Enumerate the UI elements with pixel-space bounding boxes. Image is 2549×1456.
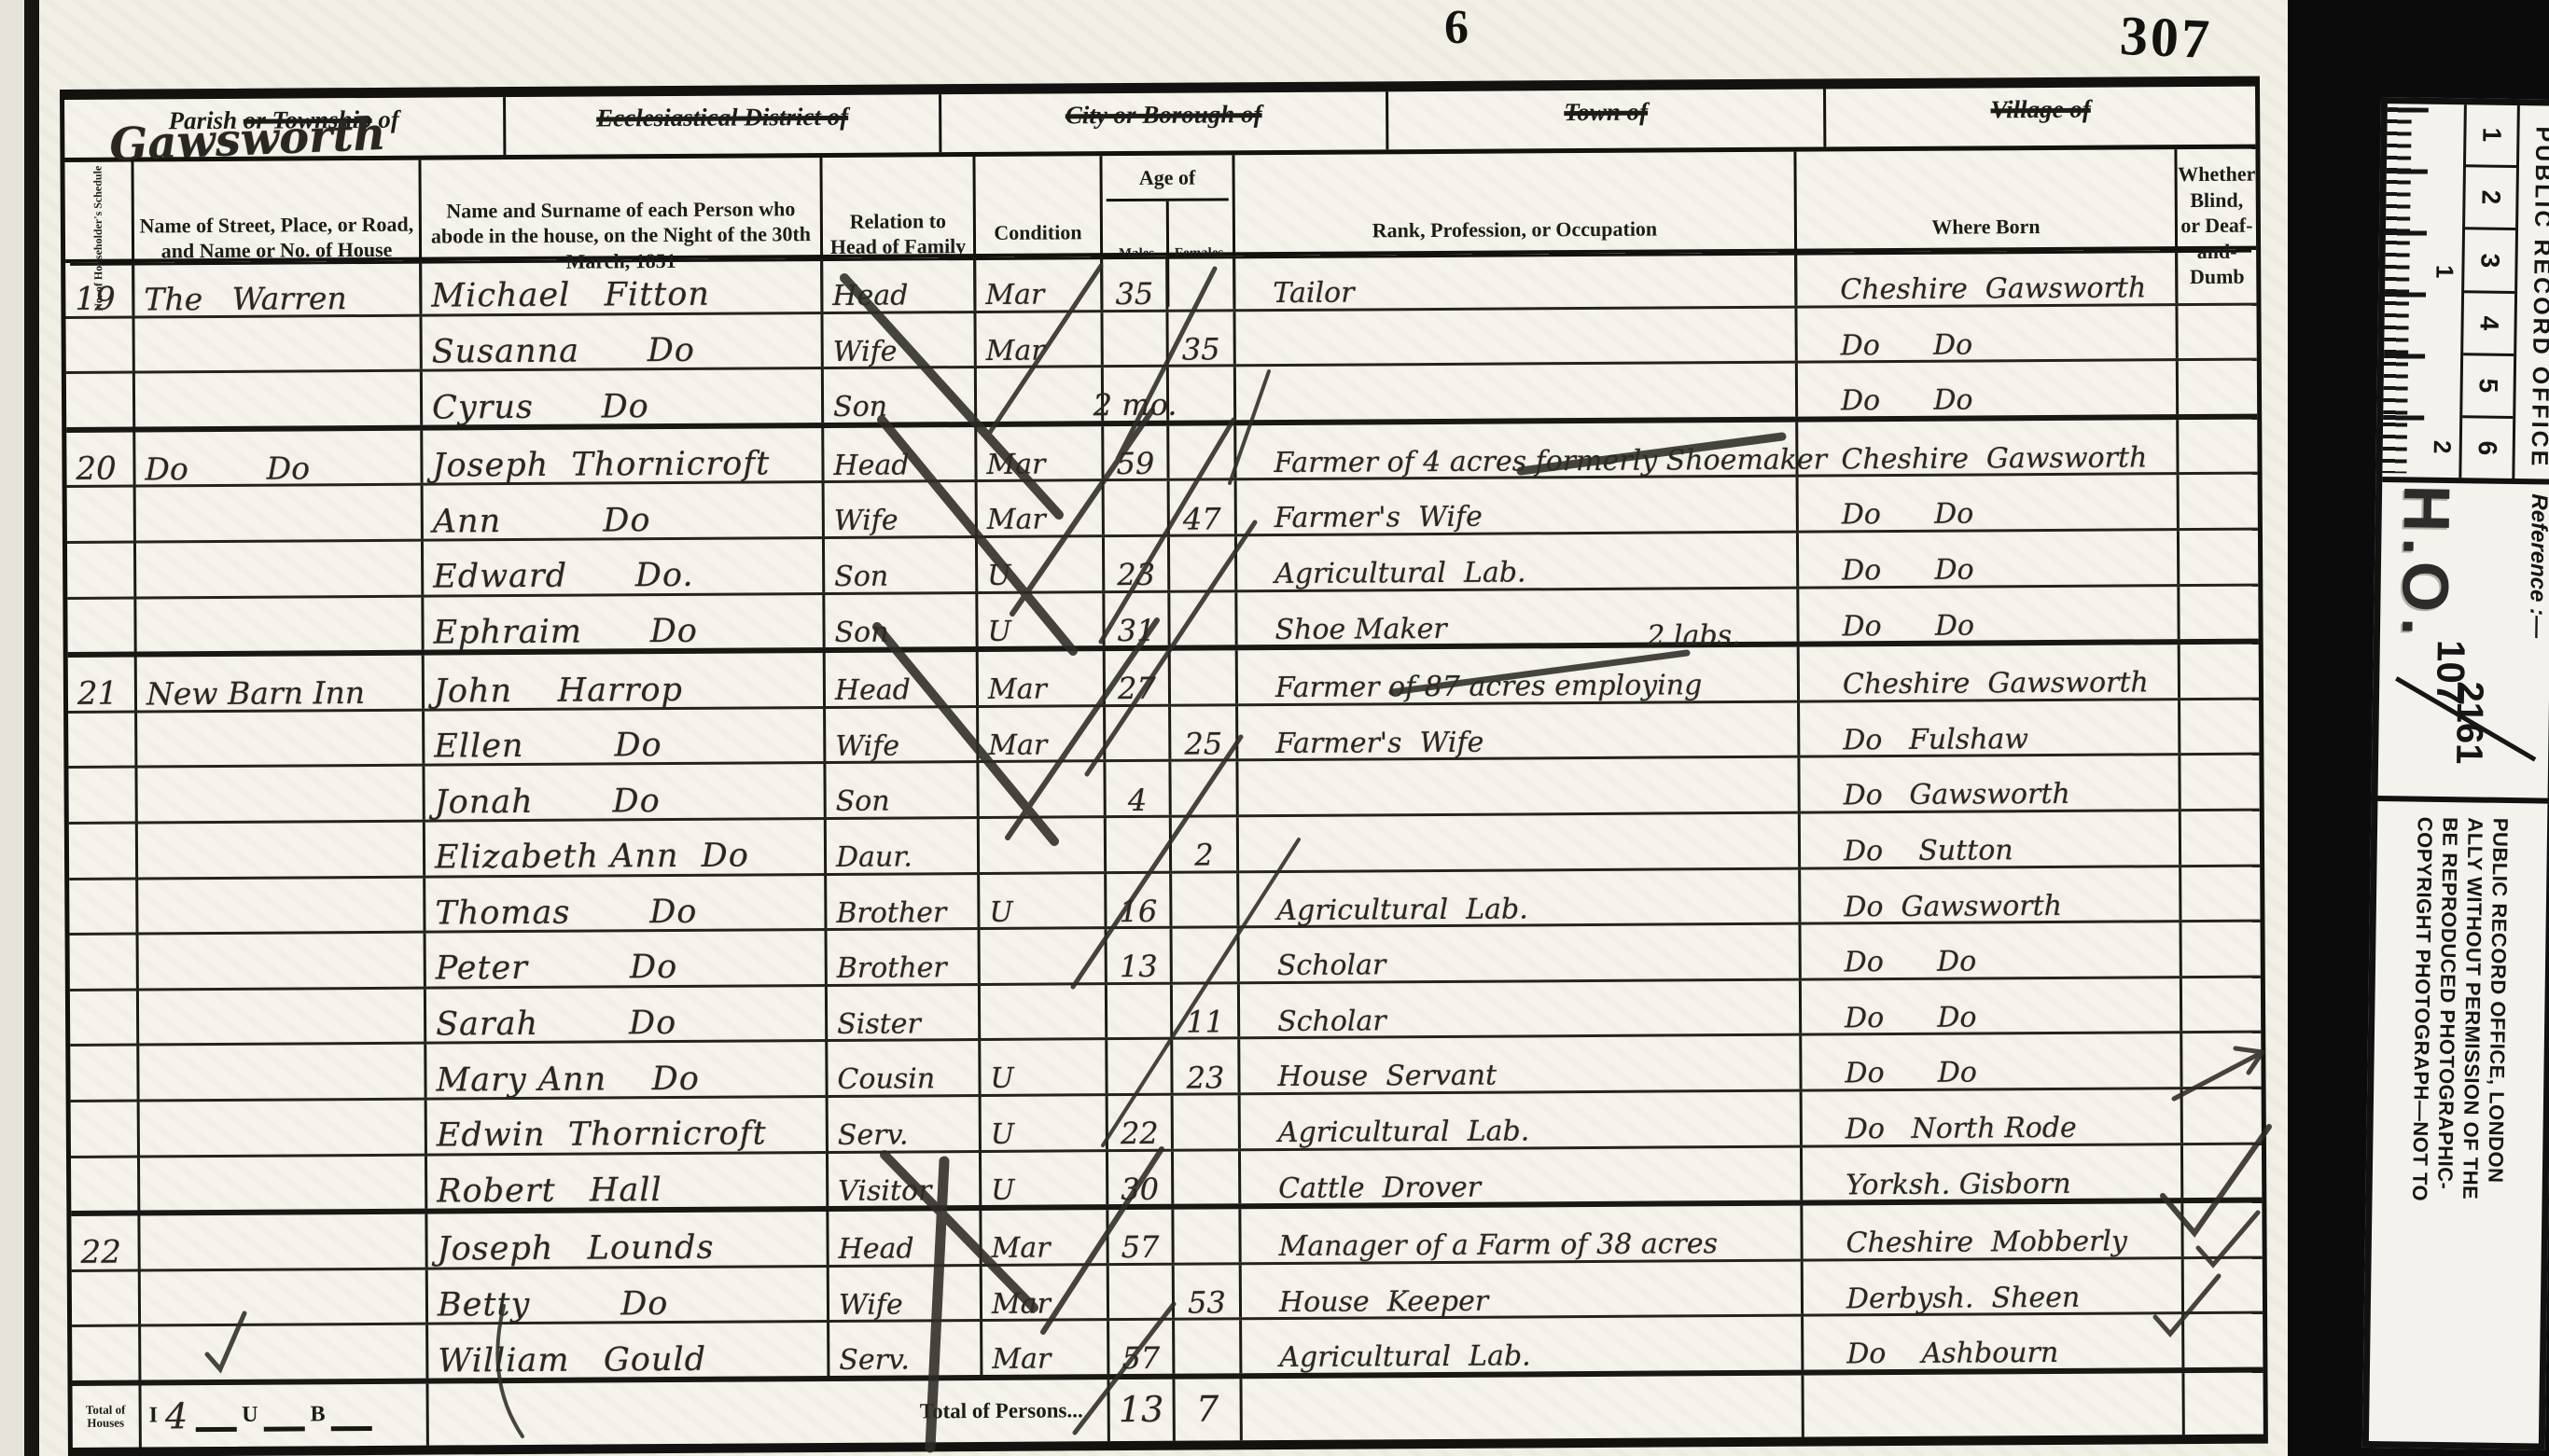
where-born-cell: Do Do — [1802, 978, 2182, 1033]
where-born-cell: Yorksh. Gisborn — [1803, 1145, 2183, 1200]
column-header-row: No. of Householder's Schedule Name of St… — [64, 149, 2256, 263]
schedule-number-cell — [67, 488, 136, 541]
age-female-cell: 53 — [1175, 1265, 1242, 1318]
age-male-cell — [1107, 984, 1173, 1037]
condition-cell: Mar — [977, 426, 1104, 479]
occupation-cell: Agricultural Lab. — [1237, 534, 1799, 589]
person-name-cell: Ellen Do — [425, 709, 826, 764]
condition-cell — [981, 985, 1107, 1038]
where-born-cell: Do Fulshaw — [1800, 700, 2180, 756]
ruler-number: 5 — [2462, 355, 2514, 419]
where-born-cell: Do Sutton — [1801, 811, 2181, 867]
street-cell: Do Do — [135, 430, 423, 484]
person-name-cell: John Harrop — [425, 653, 826, 708]
condition-cell: Mar — [976, 257, 1103, 310]
person-name-cell: Michael Fitton — [422, 258, 823, 313]
relation-cell: Head — [829, 1211, 982, 1265]
census-scan-page: 6 307 Parish or Township of Gawsworth Ec… — [0, 0, 2549, 1456]
occupation-cell: Manager of a Farm of 38 acres — [1241, 1206, 1803, 1262]
street-cell — [134, 316, 422, 370]
schedule-number-cell — [66, 318, 135, 371]
relation-cell: Head — [823, 257, 976, 312]
street-cell: New Barn Inn — [137, 656, 425, 710]
relation-cell: Visitor — [829, 1152, 982, 1206]
relation-cell: Wife — [825, 482, 978, 536]
schedule-number-cell — [72, 1327, 141, 1380]
street-cell — [139, 1045, 426, 1099]
condition-cell: Mar — [979, 651, 1106, 704]
totals-row: Total of Houses I 4 U B Total of Persons… — [72, 1372, 2263, 1447]
person-name-cell: Edwin Thornicroft — [427, 1098, 829, 1153]
occupation-cell — [1238, 758, 1800, 814]
blind-deaf-cell — [2182, 978, 2261, 1031]
condition-cell: Mar — [979, 707, 1106, 760]
blind-deaf-cell — [2182, 1033, 2261, 1087]
copyright-line: PUBLIC RECORD OFFICE, LONDON — [2482, 818, 2511, 1415]
condition-cell: U — [982, 1096, 1108, 1149]
person-name-cell: Susanna Do — [422, 314, 823, 369]
street-cell — [139, 934, 426, 988]
age-female-cell — [1170, 592, 1237, 645]
where-born-cell: Derbysh. Sheen — [1804, 1259, 2184, 1314]
schedule-number-cell — [68, 769, 137, 822]
age-female-cell — [1174, 1209, 1241, 1262]
ruler-number: 2 — [2465, 167, 2516, 230]
schedule-number-cell: 19 — [65, 263, 134, 316]
person-name-cell: Peter Do — [426, 931, 828, 986]
ruler: 12 123456 PUBLIC RECORD OFFICE — [2382, 104, 2549, 485]
total-houses-label-cell: Total of Houses — [72, 1385, 141, 1447]
age-female-cell — [1168, 256, 1235, 309]
census-rows: 19 The Warren Michael Fitton Head Mar 35… — [65, 250, 2263, 1386]
person-name-cell: Joseph Thornicroft — [423, 428, 824, 483]
ruler-number: 4 — [2463, 293, 2514, 356]
person-name-cell: Joseph Lounds — [427, 1212, 829, 1267]
condition-cell: U — [978, 593, 1105, 646]
person-name-cell: Sarah Do — [426, 987, 828, 1042]
occupation-cell: Scholar — [1240, 980, 1802, 1036]
relation-cell: Brother — [828, 930, 981, 984]
occupation-cell: Farmer's Wife — [1238, 702, 1800, 758]
age-male-cell — [1109, 1265, 1175, 1318]
person-name-cell: Thomas Do — [425, 876, 827, 931]
folio-number: 307 — [2119, 4, 2214, 72]
relation-cell: Serv. — [829, 1097, 982, 1151]
age-male-cell: 30 — [1108, 1151, 1174, 1204]
street-cell: The Warren — [134, 261, 422, 315]
blind-deaf-cell — [2180, 531, 2258, 584]
age-male-cell: 4 — [1106, 762, 1171, 815]
occupation-cell — [1239, 814, 1801, 870]
age-male-cell: 23 — [1105, 537, 1170, 590]
age-male-cell — [1107, 818, 1172, 871]
schedule-number-cell — [66, 374, 135, 427]
schedule-number-cell: 21 — [68, 658, 137, 711]
ruler-inch-number: 1 — [2430, 265, 2458, 279]
blind-deaf-cell — [2178, 250, 2256, 303]
occupation-cell: Scholar — [1240, 925, 1802, 981]
age-female-cell — [1169, 367, 1236, 420]
ruler-number: 3 — [2464, 230, 2515, 294]
street-cell — [141, 1269, 428, 1324]
book-spine-edge — [24, 0, 39, 1456]
age-male-cell — [1103, 312, 1168, 365]
parish-field: Parish or Township of Gawsworth — [64, 97, 506, 158]
relation-cell: Wife — [829, 1267, 982, 1321]
parish-value-handwritten: Gawsworth — [109, 114, 387, 168]
condition-cell: U — [980, 874, 1107, 927]
schedule-number-cell — [71, 1158, 140, 1211]
where-born-cell: Do Gawsworth — [1801, 867, 2181, 922]
person-name-cell: William Gould — [428, 1323, 829, 1378]
condition-cell: Mar — [982, 1210, 1108, 1263]
office-name: PUBLIC RECORD OFFICE — [2514, 105, 2549, 479]
age-female-cell — [1174, 1095, 1241, 1148]
where-born-cell: Cheshire Gawsworth — [1800, 645, 2180, 700]
schedule-number-cell — [71, 1102, 140, 1155]
street-cell — [136, 542, 424, 596]
age-male-cell: 35 — [1103, 257, 1168, 310]
total-males-cell: 13 — [1109, 1380, 1175, 1441]
age-male-cell: 13 — [1107, 929, 1173, 982]
blind-deaf-cell — [2184, 1258, 2263, 1311]
page-gutter — [0, 0, 24, 1456]
blind-deaf-cell — [2180, 700, 2259, 753]
village-field: Village of — [1826, 87, 2255, 147]
schedule-number-cell — [68, 713, 137, 766]
public-record-office-strip: 12 123456 PUBLIC RECORD OFFICE Reference… — [2362, 97, 2549, 1450]
person-name-cell: Ephraim Do — [424, 595, 825, 650]
age-female-cell — [1169, 425, 1236, 478]
relation-cell: Son — [825, 538, 978, 592]
schedule-number-cell: 20 — [66, 432, 135, 485]
street-cell — [140, 1214, 427, 1269]
blind-deaf-cell — [2180, 475, 2258, 528]
copyright-line: COPYRIGHT PHOTOGRAPH—NOT TO — [2406, 817, 2435, 1414]
age-male-cell: 59 — [1104, 426, 1169, 479]
age-male-cell: 2 mo. — [1104, 367, 1169, 421]
blind-deaf-cell — [2179, 419, 2257, 472]
age-female-cell: 2 — [1172, 817, 1239, 870]
schedule-number-cell — [70, 1047, 139, 1100]
blind-deaf-cell — [2178, 305, 2256, 358]
condition-cell: Mar — [982, 1321, 1109, 1374]
occupation-note: 2 labs. — [1647, 623, 1740, 650]
blind-deaf-cell — [2183, 1203, 2262, 1256]
street-cell — [139, 989, 426, 1043]
relation-cell: Son — [825, 594, 978, 648]
inhabited-count-handwritten: 4 — [165, 1399, 188, 1433]
age-female-cell: 47 — [1170, 481, 1237, 534]
condition-cell — [981, 929, 1107, 982]
condition-cell — [979, 763, 1106, 816]
occupation-cell: Agricultural Lab. — [1242, 1317, 1804, 1373]
age-female-cell: 35 — [1168, 312, 1235, 365]
age-female-cell — [1171, 650, 1238, 703]
person-name-cell: Robert Hall — [427, 1153, 829, 1208]
street-cell — [138, 878, 425, 932]
relation-cell: Sister — [828, 986, 981, 1040]
occupation-cell: Farmer of 87 acres employing2 labs. — [1238, 647, 1800, 703]
relation-cell: Cousin — [828, 1041, 981, 1095]
total-females-cell: 7 — [1175, 1379, 1242, 1440]
age-male-cell: 22 — [1108, 1096, 1174, 1149]
age-male-cell: 31 — [1105, 592, 1170, 645]
condition-cell: U — [982, 1152, 1108, 1205]
relation-cell: Son — [824, 368, 977, 423]
city-borough-field: City or Borough of — [941, 91, 1388, 152]
occupation-cell: Cattle Drover — [1241, 1147, 1803, 1203]
person-name-cell: Mary Ann Do — [426, 1042, 828, 1097]
where-born-cell: Cheshire Gawsworth — [1797, 250, 2178, 305]
schedule-number-cell: 22 — [71, 1216, 140, 1269]
occupation-cell — [1235, 308, 1797, 364]
condition-cell — [977, 367, 1104, 421]
age-female-cell — [1171, 762, 1238, 815]
blind-deaf-cell — [2180, 756, 2259, 809]
age-male-cell — [1106, 706, 1171, 759]
age-female-cell: 11 — [1173, 984, 1240, 1037]
street-cell — [141, 1325, 428, 1380]
where-born-cell: Do Do — [1799, 587, 2180, 642]
age-female-cell — [1173, 928, 1240, 981]
street-cell — [140, 1156, 427, 1210]
where-born-cell: Do Do — [1797, 306, 2178, 361]
uninhabited-label: U — [242, 1403, 258, 1428]
condition-cell: Mar — [982, 1266, 1109, 1319]
person-name-cell: Cyrus Do — [423, 369, 824, 424]
inhabited-label: I — [149, 1404, 159, 1429]
ruler-number: 1 — [2466, 104, 2517, 168]
person-name-cell: Jonah Do — [425, 764, 826, 819]
schedule-number-cell — [69, 880, 138, 933]
person-name-cell: Edward Do. — [424, 539, 825, 594]
schedule-number-cell — [70, 936, 139, 989]
sheet-number: 6 — [1444, 0, 1469, 55]
blind-deaf-cell — [2183, 1089, 2262, 1143]
where-born-cell: Do North Rode — [1803, 1089, 2183, 1144]
blind-deaf-cell — [2183, 1144, 2262, 1198]
where-born-cell: Cheshire Gawsworth — [1798, 420, 2179, 475]
age-female-cell — [1174, 1151, 1241, 1204]
relation-cell: Serv. — [829, 1322, 982, 1376]
occupation-cell: House Keeper — [1242, 1261, 1804, 1317]
condition-cell: U — [981, 1040, 1107, 1093]
condition-cell: Mar — [976, 312, 1103, 366]
blind-deaf-cell — [2180, 586, 2258, 639]
blind-deaf-cell — [2181, 811, 2260, 865]
where-born-cell: Cheshire Mobberly — [1803, 1203, 2183, 1258]
relation-cell: Brother — [827, 875, 980, 929]
ruler-number: 6 — [2461, 418, 2513, 478]
occupation-cell: Agricultural Lab. — [1241, 1092, 1803, 1148]
relation-cell: Wife — [826, 708, 979, 762]
census-form: Parish or Township of Gawsworth Ecclesia… — [60, 76, 2268, 1456]
blind-deaf-cell — [2179, 361, 2257, 414]
street-cell — [137, 711, 425, 765]
total-persons-label: Total of Persons... — [428, 1380, 1109, 1445]
ruler-cm-numbers: 123456 — [2458, 104, 2520, 478]
age-male-cell: 27 — [1106, 651, 1171, 704]
age-male-cell — [1105, 481, 1170, 534]
where-born-cell: Do Do — [1799, 476, 2180, 531]
age-female-cell: 23 — [1173, 1040, 1240, 1093]
street-cell — [138, 823, 425, 877]
blind-deaf-cell — [2180, 645, 2259, 698]
condition-cell: Mar — [978, 482, 1105, 535]
schedule-number-cell — [67, 599, 136, 652]
relation-cell: Daur. — [827, 819, 980, 873]
street-cell — [140, 1101, 427, 1155]
ruler-inch-numbers: 12 — [2425, 104, 2464, 478]
occupation-cell: Farmer's Wife — [1237, 478, 1799, 534]
age-male-cell: 57 — [1109, 1321, 1175, 1374]
blind-deaf-cell — [2181, 867, 2260, 920]
reference-item: 2161 — [2447, 681, 2490, 765]
street-cell — [136, 486, 424, 540]
occupation-cell: House Servant — [1240, 1036, 1802, 1092]
person-name-cell: Ann Do — [424, 483, 825, 538]
person-name-cell: Elizabeth Ann Do — [425, 820, 827, 875]
schedule-number-cell — [69, 824, 138, 877]
occupation-cell: Farmer of 4 acres formerly Shoemaker — [1236, 422, 1798, 478]
street-cell — [136, 597, 424, 651]
schedule-number-cell — [72, 1271, 141, 1324]
where-born-cell: Do Do — [1802, 922, 2182, 978]
schedule-number-cell — [67, 543, 136, 596]
schedule-number-cell — [70, 991, 139, 1044]
occupation-cell: Tailor — [1235, 253, 1797, 309]
where-born-cell: Do Ashbourn — [1804, 1314, 2184, 1369]
copyright-line: ALLY WITHOUT PERMISSION OF THE — [2457, 817, 2486, 1414]
person-name-cell: Betty Do — [428, 1268, 829, 1323]
age-female-cell — [1172, 873, 1239, 926]
relation-cell: Son — [826, 763, 979, 817]
ruler-inch-number: 2 — [2428, 440, 2457, 454]
relation-cell: Wife — [823, 313, 976, 367]
town-field: Town of — [1388, 89, 1826, 149]
condition-cell — [980, 818, 1107, 871]
street-cell — [137, 767, 425, 821]
copyright-line: BE REPRODUCED PHOTOGRAPHIC- — [2431, 817, 2460, 1414]
age-male-cell: 16 — [1107, 873, 1172, 926]
ruler-tick-marks — [2382, 104, 2431, 478]
age-female-cell — [1175, 1321, 1242, 1374]
age-female-cell: 25 — [1171, 706, 1238, 759]
age-female-cell — [1170, 536, 1237, 589]
blind-deaf-cell — [2181, 922, 2260, 976]
age-male-cell: 57 — [1108, 1210, 1174, 1263]
ecclesiastical-district-field: Ecclesiastical District of — [506, 94, 941, 155]
relation-cell: Head — [824, 427, 977, 481]
where-born-cell: Do Gawsworth — [1800, 756, 2180, 811]
age-male-cell — [1107, 1040, 1173, 1093]
where-born-cell: Do Do — [1802, 1033, 2182, 1089]
where-born-cell: Do Do — [1799, 531, 2180, 586]
where-born-cell: Do Do — [1798, 361, 2179, 416]
condition-cell: U — [978, 537, 1105, 590]
occupation-cell — [1236, 364, 1798, 420]
reference-panel: Reference :— H.O. 107 2161 — [2377, 482, 2549, 804]
relation-cell: Head — [826, 652, 979, 706]
occupation-cell: Agricultural Lab. — [1239, 869, 1801, 925]
building-label: B — [310, 1403, 325, 1428]
blind-deaf-cell — [2184, 1314, 2263, 1367]
street-cell — [135, 372, 423, 426]
copyright-notice: COPYRIGHT PHOTOGRAPH—NOT TOBE REPRODUCED… — [2369, 801, 2547, 1424]
total-houses-values-cell: I 4 U B — [141, 1383, 428, 1447]
